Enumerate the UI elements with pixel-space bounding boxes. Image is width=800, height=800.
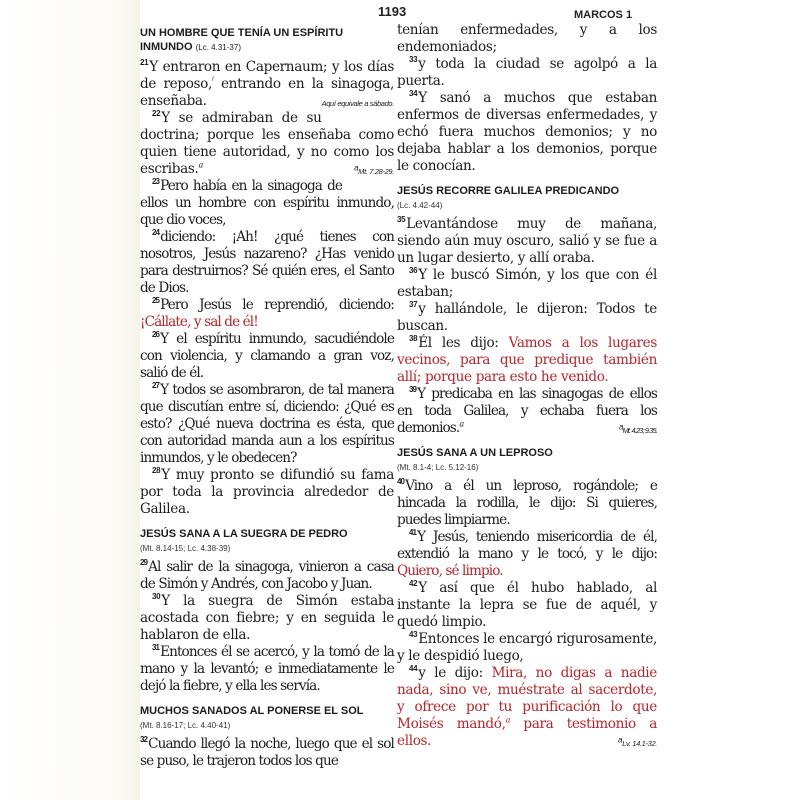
section-heading: MUCHOS SANADOS AL PONERSE EL SOL bbox=[140, 704, 394, 718]
verse-30: 30Y la suegra de Simón estaba acostada c… bbox=[140, 593, 394, 644]
footnote: Aquí equivale a sábado. bbox=[322, 95, 394, 112]
verse-number: 40 bbox=[397, 477, 404, 486]
verse-number: 43 bbox=[409, 630, 417, 639]
verse-26: 26Y el espíritu inmundo, sacudiéndole co… bbox=[140, 331, 394, 382]
verse-number: 22 bbox=[152, 109, 160, 118]
verse-28: 28Y muy pronto se difundió su fama por t… bbox=[140, 467, 394, 518]
verse-31: 31Entonces él se acercó, y la tomó de la… bbox=[140, 644, 394, 695]
verse-number: 33 bbox=[409, 55, 417, 64]
verse-number: 38 bbox=[409, 334, 417, 343]
verse-number: 41 bbox=[409, 528, 416, 537]
verse-22: 22Y se admiraban de su doctrina; porque … bbox=[140, 110, 394, 178]
verse-number: 21 bbox=[140, 58, 148, 67]
verse-40: 40Vino a él un leproso, rogándole; e hin… bbox=[397, 478, 657, 529]
verse-number: 30 bbox=[152, 592, 160, 601]
section-heading: UN HOMBRE QUE TENÍA UN ESPÍRITU INMUNDO … bbox=[140, 26, 394, 55]
verse-number: 32 bbox=[140, 735, 147, 744]
verse-39: 39Y predicaba en las sinagogas de ellos … bbox=[397, 386, 657, 437]
verse-number: 29 bbox=[140, 558, 147, 567]
section-heading: JESÚS SANA A LA SUEGRA DE PEDRO bbox=[140, 527, 394, 541]
verse-37: 37y hallándole, le dijeron: Todos te bus… bbox=[397, 301, 657, 335]
verse-42: 42Y así que él hubo hablado, al instante… bbox=[397, 580, 657, 631]
footnote: aMt. 7.28-29. bbox=[342, 163, 394, 180]
verse-41: 41Y Jesús, teniendo misericordia de él, … bbox=[397, 529, 657, 580]
verse-25: 25Pero Jesús le reprendió, diciendo: ¡Cá… bbox=[140, 297, 394, 331]
verse-32: 32Cuando llegó la noche, luego que el so… bbox=[140, 736, 394, 770]
words-of-jesus: ¡Cállate, y sal de él! bbox=[140, 314, 258, 330]
verse-36: 36Y le buscó Simón, y los que con él est… bbox=[397, 267, 657, 301]
verse-number: 34 bbox=[409, 89, 417, 98]
right-column: tenían enfermedades, y a los endemoniado… bbox=[397, 22, 657, 752]
parallel-reference: (Lc. 4.31-37) bbox=[196, 43, 241, 52]
verse-32-continued: tenían enfermedades, y a los endemoniado… bbox=[397, 22, 657, 56]
verse-number: 24 bbox=[152, 228, 159, 237]
verse-number: 35 bbox=[397, 215, 405, 224]
verse-number: 31 bbox=[152, 643, 159, 652]
parallel-reference: (Mt. 8.14-15; Lc. 4.38-39) bbox=[140, 543, 394, 555]
verse-number: 28 bbox=[152, 466, 160, 475]
verse-number: 37 bbox=[409, 300, 417, 309]
verse-43: 43Entonces le encargó rigurosamente, y l… bbox=[397, 631, 657, 665]
bible-page: 1193 MARCOS 1 UN HOMBRE QUE TENÍA UN ESP… bbox=[0, 0, 800, 800]
verse-number: 39 bbox=[409, 385, 416, 394]
verse-35: 35Levantándose muy de mañana, siendo aún… bbox=[397, 216, 657, 267]
verse-44: 44y le dijo: Mira, no digas a nadie nada… bbox=[397, 665, 657, 750]
verse-number: 42 bbox=[409, 579, 417, 588]
verse-number: 36 bbox=[409, 266, 417, 275]
verse-number: 23 bbox=[152, 177, 159, 186]
running-header-book-chapter: MARCOS 1 bbox=[574, 9, 632, 21]
section-heading: JESÚS RECORRE GALILEA PREDICANDO bbox=[397, 184, 657, 198]
verse-34: 34Y sanó a muchos que estaban enfermos d… bbox=[397, 90, 657, 175]
verse-number: 44 bbox=[409, 664, 417, 673]
verse-38: 38Él les dijo: Vamos a los lugares vecin… bbox=[397, 335, 657, 386]
words-of-jesus: Quiero, sé limpio. bbox=[397, 563, 503, 579]
verse-27: 27Y todos se asombraron, de tal manera q… bbox=[140, 382, 394, 467]
parallel-reference: (Mt. 8.1-4; Lc. 5.12-16) bbox=[397, 462, 657, 474]
left-column: UN HOMBRE QUE TENÍA UN ESPÍRITU INMUNDO … bbox=[140, 26, 394, 770]
verse-number: 27 bbox=[152, 381, 159, 390]
verse-number: 25 bbox=[152, 296, 159, 305]
parallel-reference: (Lc. 4.42-44) bbox=[397, 200, 657, 212]
verse-21: 21Y entraron en Capernaum; y los días de… bbox=[140, 59, 394, 110]
page-number: 1193 bbox=[378, 4, 406, 19]
verse-29: 29Al salir de la sinagoga, vinieron a ca… bbox=[140, 559, 394, 593]
verse-23: 23Pero había en la sinagoga de ellos un … bbox=[140, 178, 394, 229]
verse-24: 24diciendo: ¡Ah! ¿qué tienes con nosotro… bbox=[140, 229, 394, 297]
footnote: aLv. 14.1-32. bbox=[606, 735, 657, 752]
verse-33: 33y toda la ciudad se agolpó a la puerta… bbox=[397, 56, 657, 90]
section-heading: JESÚS SANA A UN LEPROSO bbox=[397, 446, 657, 460]
verse-number: 26 bbox=[152, 330, 159, 339]
parallel-reference: (Mt. 8.16-17; Lc. 4.40-41) bbox=[140, 720, 394, 732]
footnote: aMt. 4.23; 9.35. bbox=[607, 422, 657, 439]
